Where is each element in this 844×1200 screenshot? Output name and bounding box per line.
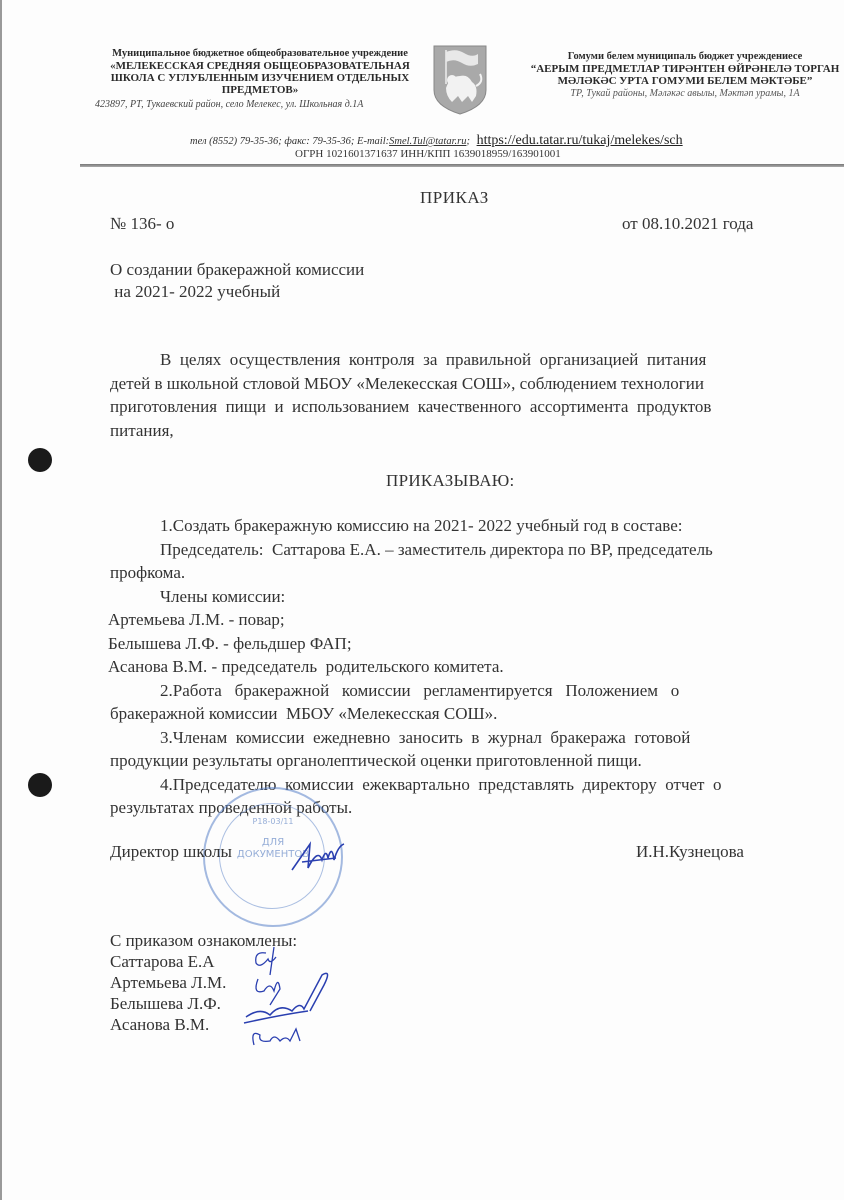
- order-items: 1.Создать бракеражную комиссию на 2021- …: [110, 514, 822, 820]
- intro-line-2: детей в школьной стловой МБОУ «Мелекесск…: [110, 372, 822, 396]
- page-edge: [0, 0, 2, 1200]
- intro-line-3: приготовления пищи и использованием каче…: [110, 395, 822, 419]
- director-role: Директор школы: [110, 842, 232, 862]
- punch-hole-bottom: [28, 773, 52, 797]
- email-link[interactable]: Smel.Tul@tatar.ru: [389, 136, 466, 147]
- intro-paragraph: В целях осуществления контроля за правил…: [110, 348, 822, 442]
- item-4-line-1: 4.Председателю комиссии ежеквартально пр…: [110, 773, 822, 797]
- org-type-tt: Гомуми белем муниципаль бюджет учреждени…: [520, 51, 844, 63]
- header-separator: [80, 164, 844, 167]
- member-3: Асанова В.М. - председатель родительског…: [108, 655, 822, 679]
- member-2: Белышева Л.Ф. - фельдшер ФАП;: [108, 632, 822, 656]
- member-1: Артемьева Л.М. - повар;: [108, 608, 822, 632]
- address-tt: ТР, Тукай районы, Мәләкәс авылы, Мәктәп …: [520, 87, 844, 100]
- org-name-tt-1: “АЕРЫМ ПРЕДМЕТЛАР ТИРӘНТЕН ӨЙРӘНЕЛӘ ТОРГ…: [520, 63, 844, 75]
- org-name-tt-2: МӘЛӘКӘС УРТА ГОМУМИ БЕЛЕМ МӘКТӘБЕ”: [520, 75, 844, 87]
- order-subject: О создании бракеражной комиссии на 2021-…: [110, 259, 364, 303]
- contact-line: тел (8552) 79-35-36; факс: 79-35-36; E-m…: [190, 133, 683, 149]
- director-signature-icon: [288, 838, 348, 878]
- orders-heading: ПРИКАЗЫВАЮ:: [386, 471, 515, 491]
- ack-signatures-icon: [240, 945, 340, 1050]
- intro-line-4: питания,: [110, 419, 822, 443]
- item-3-line-1: 3.Членам комиссии ежедневно заносить в ж…: [110, 726, 822, 750]
- order-title: ПРИКАЗ: [420, 188, 489, 208]
- punch-hole-top: [28, 448, 52, 472]
- item-2-line-2: бракеражной комиссии МБОУ «Мелекесская С…: [110, 702, 822, 726]
- header-right-block: Гомуми белем муниципаль бюджет учреждени…: [520, 51, 844, 100]
- subject-line-1: О создании бракеражной комиссии: [110, 259, 364, 281]
- intro-line-1: В целях осуществления контроля за правил…: [110, 348, 822, 372]
- chairman-line-2: профкома.: [110, 561, 822, 585]
- item-3-line-2: продукции результаты органолептической о…: [110, 749, 822, 773]
- address-ru: 423897, РТ, Тукаевский район, село Мелек…: [95, 98, 425, 112]
- order-date: от 08.10.2021 года: [622, 214, 753, 234]
- org-name-ru: «МЕЛЕКЕССКАЯ СРЕДНЯЯ ОБЩЕОБРАЗОВАТЕЛЬНАЯ…: [95, 60, 425, 96]
- email-label: E-mail:: [357, 136, 389, 147]
- header-left-block: Муниципальное бюджетное общеобразователь…: [95, 48, 425, 112]
- coat-of-arms-icon: [432, 44, 488, 116]
- director-name: И.Н.Кузнецова: [636, 842, 744, 862]
- website-link[interactable]: https://edu.tatar.ru/tukaj/melekes/sch: [477, 133, 683, 148]
- subject-line-2: на 2021- 2022 учебный: [110, 281, 364, 303]
- chairman-line-1: Председатель: Саттарова Е.А. – заместите…: [110, 538, 822, 562]
- stamp-code: Р18-03/11: [205, 817, 341, 826]
- item-1: 1.Создать бракеражную комиссию на 2021- …: [110, 514, 822, 538]
- ogrn-inn: ОГРН 1021601371637 ИНН/КПП 1639018959/16…: [295, 148, 561, 160]
- members-label: Члены комиссии:: [110, 585, 822, 609]
- phone-fax: тел (8552) 79-35-36; факс: 79-35-36;: [190, 136, 354, 147]
- order-number: № 136- о: [110, 214, 174, 234]
- item-2-line-1: 2.Работа бракеражной комиссии регламенти…: [110, 679, 822, 703]
- org-type-ru: Муниципальное бюджетное общеобразователь…: [95, 48, 425, 60]
